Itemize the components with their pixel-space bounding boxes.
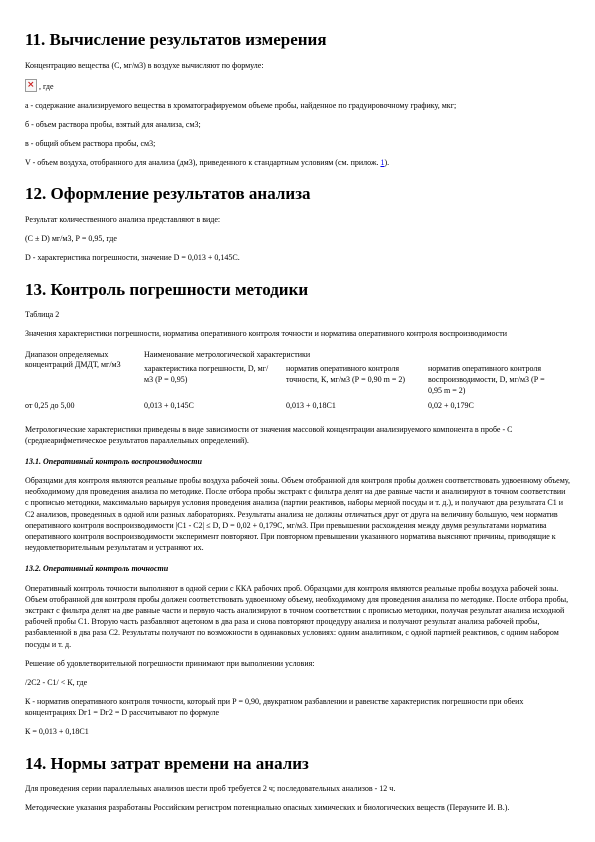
error-characteristic-definition: D - характеристика погрешности, значение…: [25, 252, 570, 263]
definition-item-volume-tail: ).: [384, 158, 389, 167]
definition-item-b: б - объем раствора пробы, взятый для ана…: [25, 119, 570, 130]
definition-item-a: а - содержание анализируемого вещества в…: [25, 100, 570, 111]
table-cell-error: 0,013 + 0,145С: [144, 399, 286, 414]
definition-item-volume: V - объем воздуха, отобранного для анали…: [25, 157, 570, 168]
table-header-group: Наименование метрологической характерист…: [144, 348, 570, 363]
time-norms-text: Для проведения серии параллельных анализ…: [25, 783, 570, 794]
table-title: Значения характеристики погрешности, нор…: [25, 328, 570, 339]
result-format-formula: (С ± D) мг/м3, Р = 0,95, где: [25, 233, 570, 244]
developed-by-text: Методические указания разработаны Россий…: [25, 802, 570, 813]
subsection-13-1-heading: 13.1. Оперативный контроль воспроизводим…: [25, 456, 570, 467]
table-caption: Таблица 2: [25, 309, 570, 320]
formula-where-label: , где: [39, 81, 54, 92]
condition-intro: Решение об удовлетворительной погрешност…: [25, 658, 570, 669]
section-14-heading: 14. Нормы затрат времени на анализ: [25, 754, 570, 774]
table-header-range: Диапазон определяемых концентраций ДМДТ,…: [25, 348, 144, 399]
subsection-13-1-text: Образцами для контроля являются реальные…: [25, 475, 570, 553]
metrics-table: Диапазон определяемых концентраций ДМДТ,…: [25, 348, 570, 414]
table-data-row: от 0,25 до 5,00 0,013 + 0,145С 0,013 + 0…: [25, 399, 570, 414]
broken-image-icon: ×: [25, 79, 37, 92]
definition-item-volume-text: V - объем воздуха, отобранного для анали…: [25, 158, 380, 167]
section-11-intro: Концентрацию вещества (С, мг/м3) в возду…: [25, 60, 570, 71]
metrology-note: Метрологические характеристики приведены…: [25, 424, 570, 446]
table-cell-reproducibility: 0,02 + 0,179С: [428, 399, 570, 414]
section-13-heading: 13. Контроль погрешности методики: [25, 280, 570, 300]
k-formula: К = 0,013 + 0,18С1: [25, 726, 570, 737]
broken-image-x-icon: ×: [27, 79, 35, 92]
result-format-intro: Результат количественного анализа предст…: [25, 214, 570, 225]
section-12-heading: 12. Оформление результатов анализа: [25, 184, 570, 204]
table-header-accuracy: норматив оперативного контроля точности,…: [286, 362, 428, 398]
document-page: 11. Вычисление результатов измерения Кон…: [0, 0, 595, 814]
table-cell-range: от 0,25 до 5,00: [25, 399, 144, 414]
table-cell-accuracy: 0,013 + 0,18С1: [286, 399, 428, 414]
table-header-reproducibility: норматив оперативного контроля воспроизв…: [428, 362, 570, 398]
table-header-error: характеристика погрешности, D, мг/м3 (Р …: [144, 362, 286, 398]
section-11-heading: 11. Вычисление результатов измерения: [25, 30, 570, 50]
condition-formula: /2С2 - С1/ < К, где: [25, 677, 570, 688]
subsection-13-2-heading: 13.2. Оперативный контроль точности: [25, 563, 570, 574]
formula-line: × , где: [25, 79, 570, 92]
table-header-row-1: Диапазон определяемых концентраций ДМДТ,…: [25, 348, 570, 363]
subsection-13-2-text: Оперативный контроль точности выполняют …: [25, 583, 570, 650]
definition-item-v: в - общий объем раствора пробы, см3;: [25, 138, 570, 149]
k-definition: К - норматив оперативного контроля точно…: [25, 696, 570, 718]
